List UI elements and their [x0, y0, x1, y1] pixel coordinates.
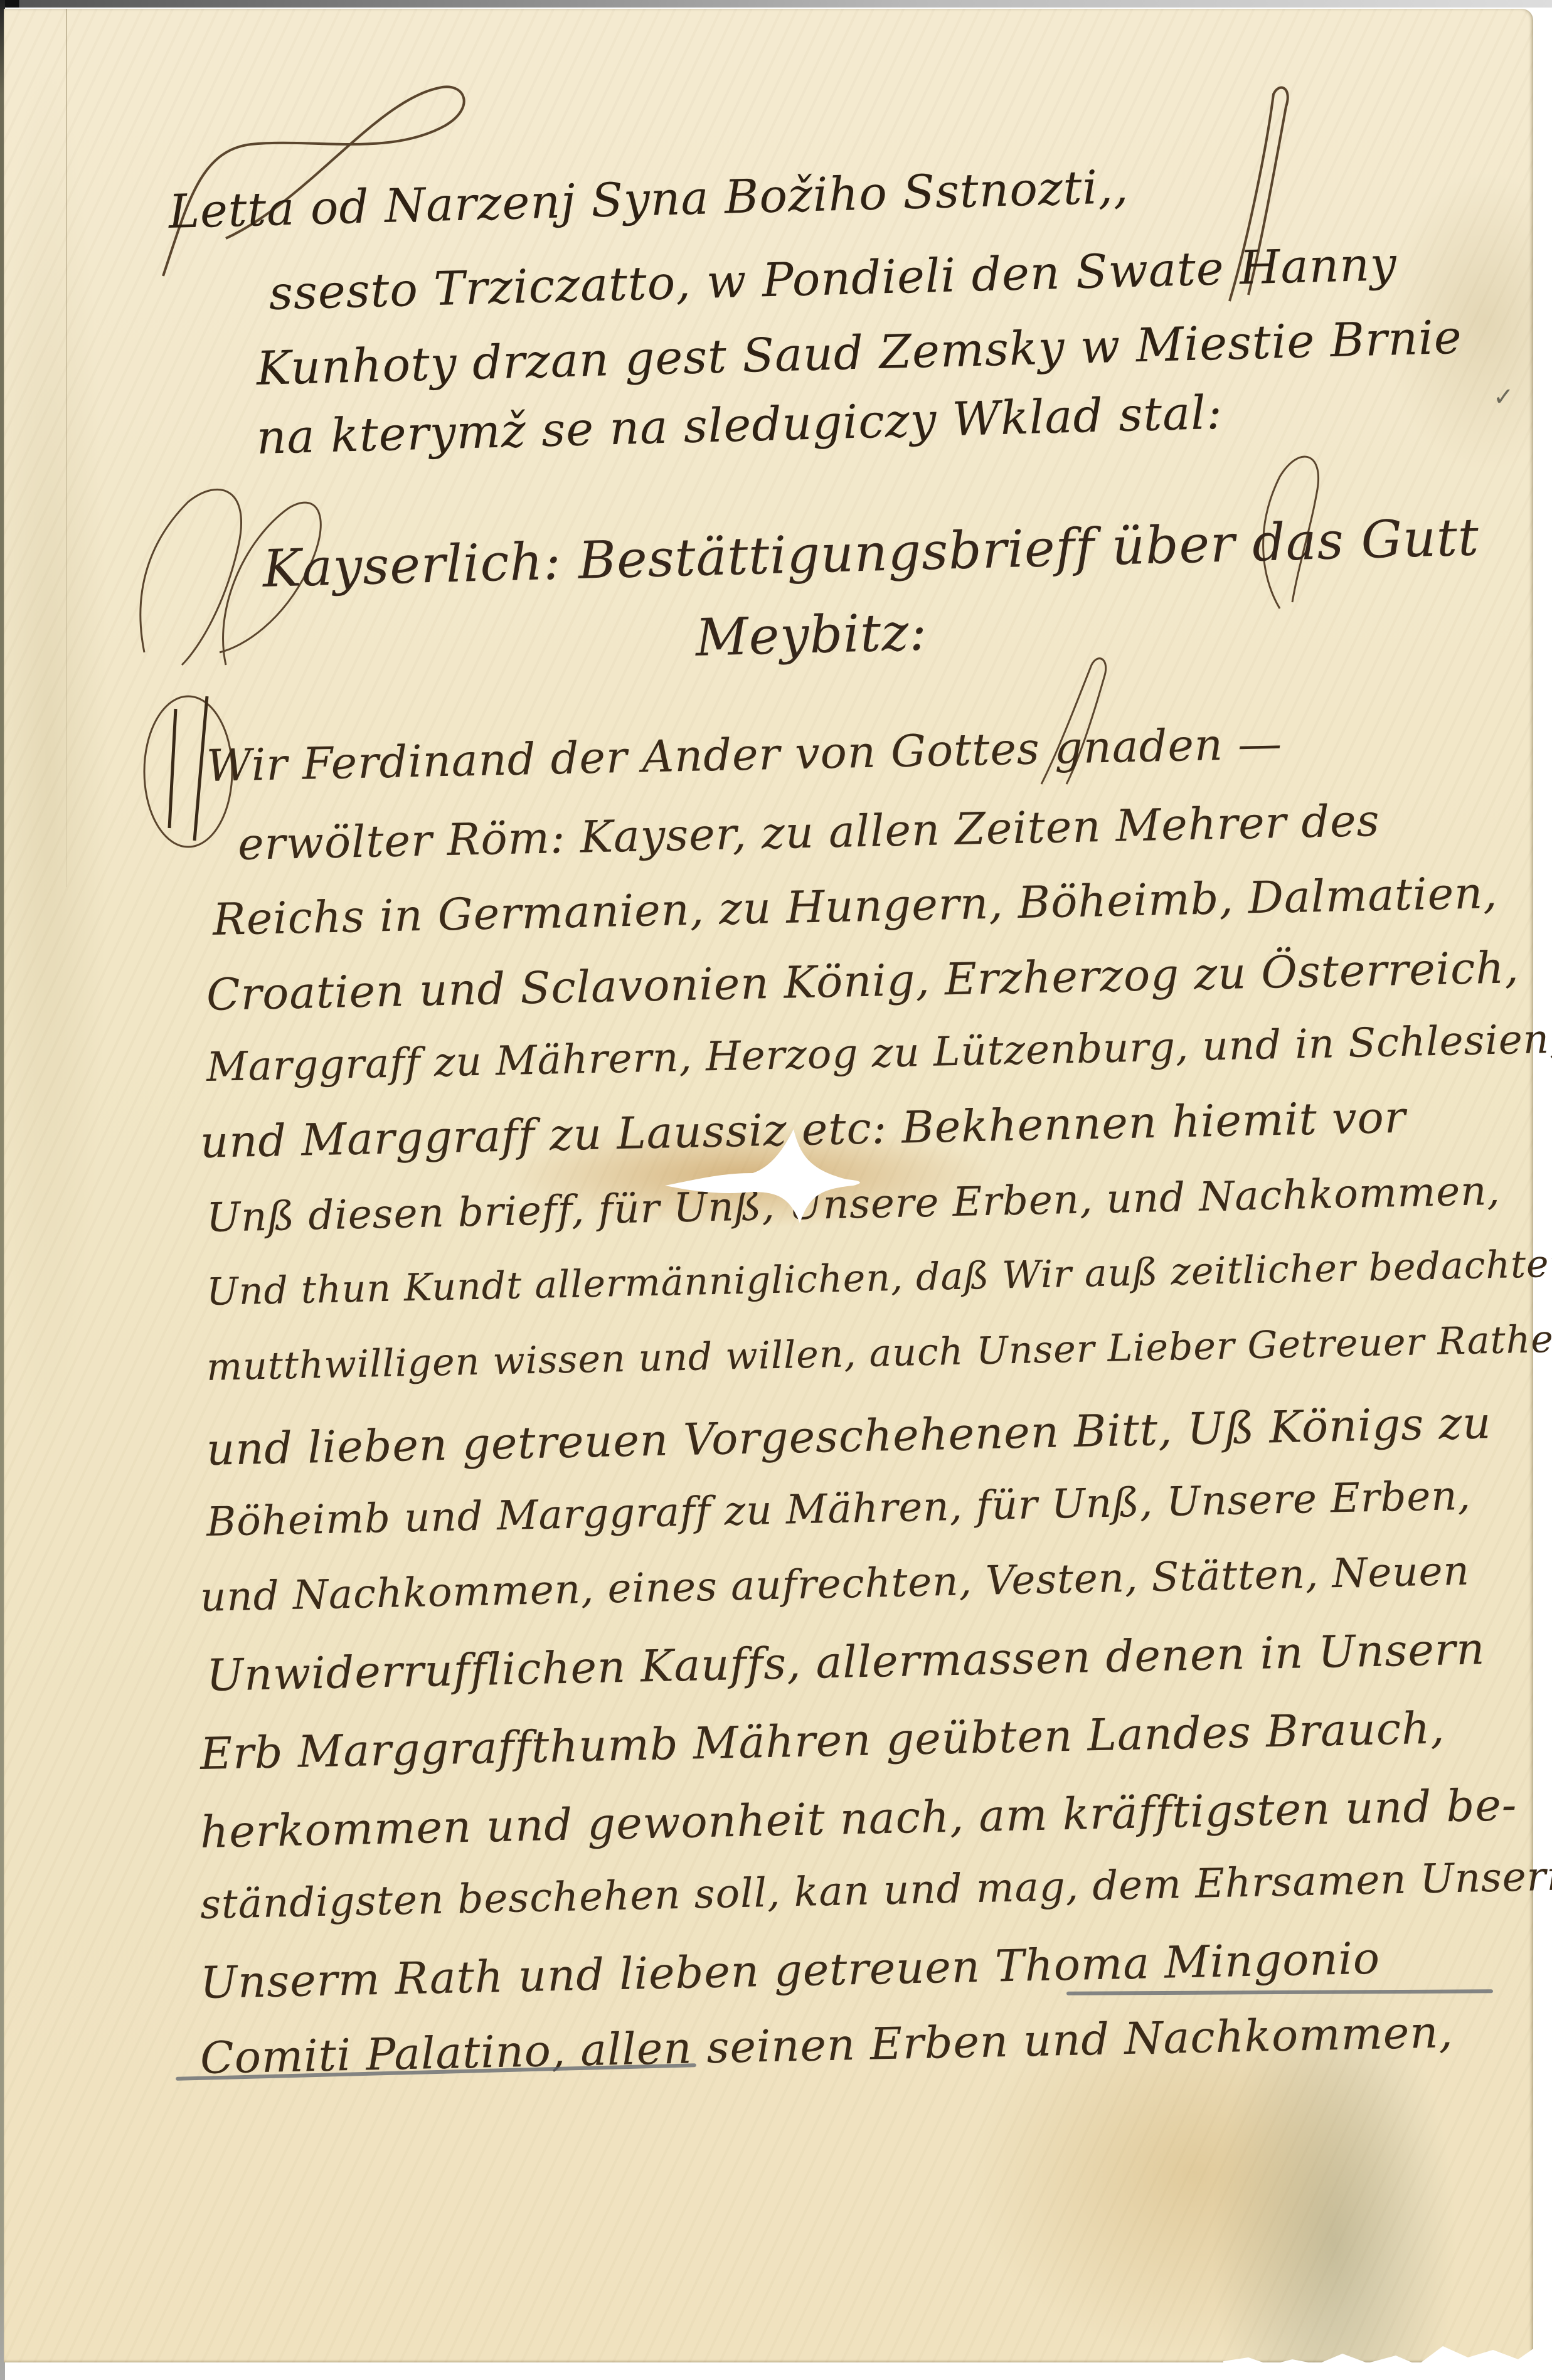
- checkmark-icon: ✓: [1493, 383, 1514, 412]
- scanner-edge-top: [0, 0, 1552, 8]
- german-heading-line-2: Meybitz:: [695, 602, 928, 668]
- paper-fold-line: [66, 9, 67, 887]
- paper-hole: [659, 1129, 866, 1223]
